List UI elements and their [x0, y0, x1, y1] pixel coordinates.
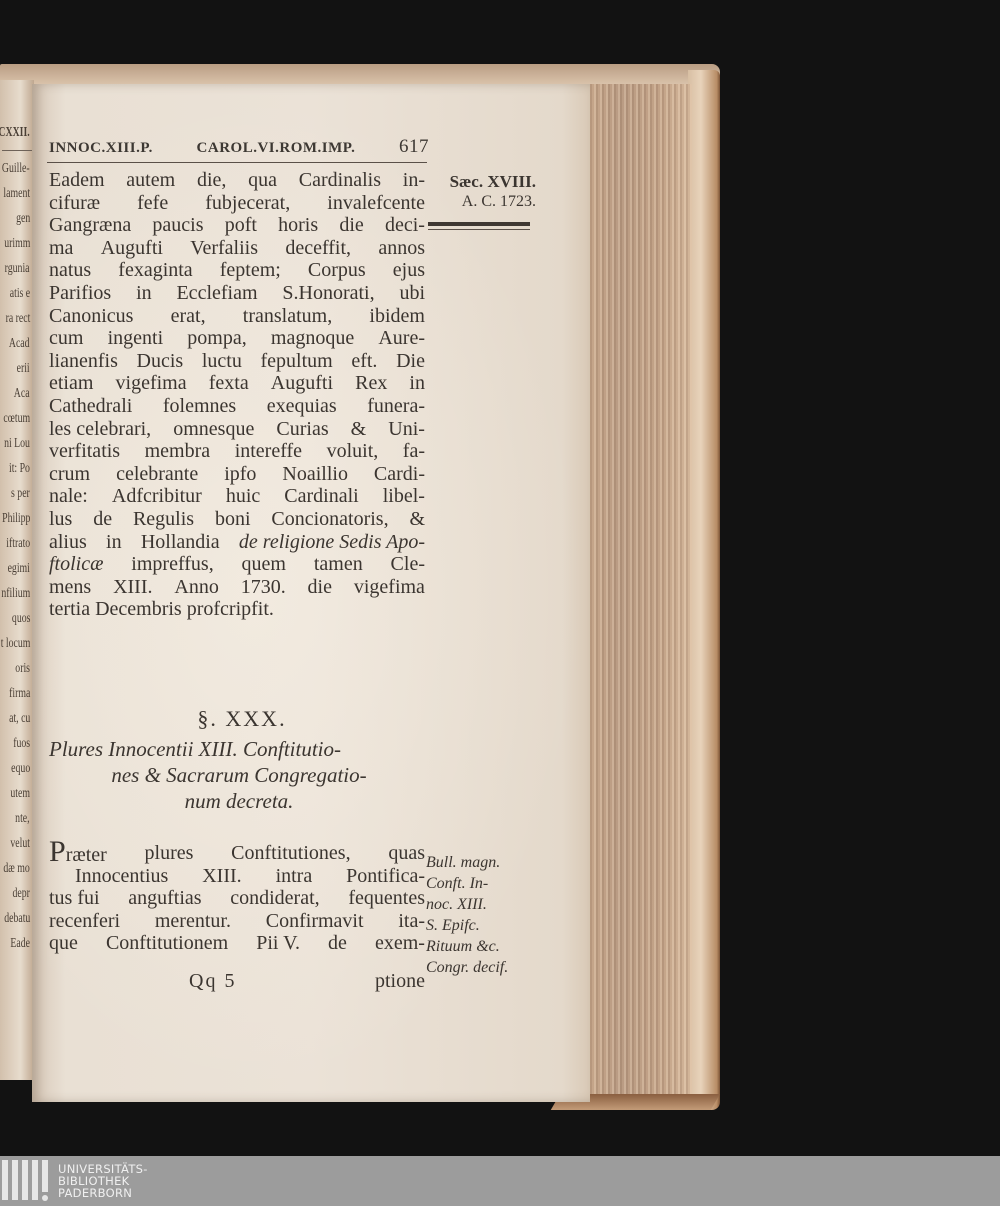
text-line: InnocentiusXIII.intraPontifica-	[49, 865, 425, 888]
word: que	[49, 932, 78, 955]
margin-rule-thick	[428, 222, 530, 226]
word: Hollandia	[141, 531, 220, 554]
word: ma	[49, 237, 73, 260]
prev-page-line: Philipp	[2, 512, 30, 526]
word: libel-	[383, 485, 425, 508]
word: Conftitutionem	[106, 932, 228, 955]
word: de	[328, 932, 347, 955]
word: Pii V.	[256, 932, 300, 955]
prev-page-line: it: Po	[9, 462, 30, 476]
word: Ducis	[137, 350, 184, 373]
word: Conftitutiones,	[231, 842, 350, 865]
word: Canonicus	[49, 305, 133, 328]
word: qua	[248, 169, 277, 192]
book-cover-top-edge	[0, 64, 720, 84]
word: fepultum	[260, 350, 332, 373]
prev-page-line: debatu	[4, 912, 30, 926]
text-line: lianenfisDucisluctufepultumeft.Die	[49, 350, 425, 373]
word: eft.	[351, 350, 377, 373]
prev-page-line: rgunia	[5, 262, 30, 276]
word: quas	[388, 842, 425, 865]
word: &	[351, 418, 367, 441]
word: etiam	[49, 372, 93, 395]
word: anguftias	[128, 887, 201, 910]
word: natus	[49, 259, 91, 282]
word: Adfcribitur	[112, 485, 202, 508]
prev-page-line: velut	[10, 837, 30, 851]
word: Gangræna	[49, 214, 131, 237]
word: Confirmavit	[266, 910, 364, 933]
prev-page-line: Guille-	[2, 162, 30, 176]
word: Augufti	[271, 372, 333, 395]
margin-note-line: Congr. decif.	[426, 957, 536, 978]
margin-note-century: Sæc. XVIII.	[426, 172, 536, 192]
word: pompa,	[187, 327, 246, 350]
prev-page-line: nte,	[16, 812, 30, 826]
word: feptem;	[220, 259, 281, 282]
word: condiderat,	[230, 887, 319, 910]
word: tamen	[314, 553, 363, 576]
prev-page-line: quos	[11, 612, 30, 626]
margin-note-year: A. C. 1723.	[426, 192, 536, 212]
word: plures	[145, 842, 194, 865]
word: autem	[126, 169, 175, 192]
word: Aure-	[378, 327, 425, 350]
section-title-line-2: nes & Sacrarum Congregatio-	[49, 762, 429, 788]
prev-page-line: t locum	[0, 637, 30, 651]
word: Concionatoris,	[271, 508, 388, 531]
word: Pontifica-	[346, 865, 425, 888]
prev-page-line: equo	[11, 762, 30, 776]
margin-note-sources: Bull. magn.Conft. In-noc. XIII.S. Epifc.…	[426, 852, 536, 978]
text-line: tertia Decembris profcripfit.	[49, 598, 425, 621]
word: tertia Decembris profcripfit.	[49, 598, 274, 621]
word: die,	[197, 169, 226, 192]
text-line: Gangrænapaucispofthorisdiedeci-	[49, 214, 425, 237]
prev-page-line: utem	[10, 787, 30, 801]
prev-page-line: ra rect	[5, 312, 30, 326]
text-line: queConftitutionemPii V.deexem-	[49, 932, 425, 955]
word: fa-	[403, 440, 425, 463]
word: in-	[403, 169, 425, 192]
word: Cardinalis	[299, 169, 381, 192]
word: 1730.	[241, 576, 286, 599]
text-line: tus fuianguftiascondiderat,fequentes	[49, 887, 425, 910]
prev-page-line: s per	[11, 487, 30, 501]
word: recenferi	[49, 910, 120, 933]
word: cum	[49, 327, 83, 350]
word: fefe	[137, 192, 168, 215]
word: &	[409, 508, 425, 531]
word: quem	[242, 553, 286, 576]
word: Præter	[49, 842, 107, 865]
text-line: lusdeRegulisboniConcionatoris,&	[49, 508, 425, 531]
word: erat,	[171, 305, 206, 328]
word: Ecclefiam	[176, 282, 257, 305]
text-line: maAuguftiVerfaliisdeceffit,annos	[49, 237, 425, 260]
library-footer-bar: UNIVERSITÄTS- BIBLIOTHEK PADERBORN	[0, 1156, 1000, 1206]
prev-page-line: urimm	[4, 237, 30, 251]
prev-page-line: Acad	[9, 337, 30, 351]
word: Anno	[174, 576, 218, 599]
word: Parifios	[49, 282, 111, 305]
word: ubi	[399, 282, 425, 305]
word: translatum,	[243, 305, 332, 328]
section-title-line-1: Plures Innocentii XIII. Conftitutio-	[49, 736, 429, 762]
word: paucis	[152, 214, 203, 237]
section-number: §. XXX.	[32, 706, 452, 732]
word: Cathedrali	[49, 395, 132, 418]
prev-page-line: oris	[15, 662, 30, 676]
prev-page-line: iftrato	[6, 537, 30, 551]
word: folemnes	[163, 395, 236, 418]
word: fexaginta	[118, 259, 192, 282]
prev-page-line: dæ mo	[4, 862, 30, 876]
word: boni	[215, 508, 251, 531]
word: in	[409, 372, 425, 395]
word: fubjecerat,	[205, 192, 290, 215]
word: deceffit,	[285, 237, 351, 260]
word: Innocentius	[75, 865, 168, 888]
paragraph-2: PræterpluresConftitutiones,quasInnocenti…	[49, 842, 425, 955]
prev-page-line: depr	[13, 887, 30, 901]
text-line: cumingentipompa,magnoqueAure-	[49, 327, 425, 350]
page-number: 617	[399, 136, 429, 158]
prev-page-line: atis e	[10, 287, 30, 301]
word: Eadem	[49, 169, 105, 192]
text-line: verfitatismembraintereffevoluit,fa-	[49, 440, 425, 463]
word: Corpus	[308, 259, 366, 282]
text-line: les celebrari,omnesqueCurias&Uni-	[49, 418, 425, 441]
page-footer-line: Qq 5 ptione	[49, 970, 425, 993]
section-title-line-3: num decreta.	[49, 788, 429, 814]
word: horis	[278, 214, 318, 237]
text-line: cifuræfefefubjecerat,invalefcente	[49, 192, 425, 215]
text-line: Eademautemdie,quaCardinalisin-	[49, 169, 425, 192]
margin-note-line: Bull. magn.	[426, 852, 536, 873]
word: de religione Sedis Apo-	[239, 531, 425, 554]
prev-page-line: Eade	[10, 937, 30, 951]
paragraph-1: Eademautemdie,quaCardinalisin-cifuræfefe…	[49, 169, 425, 621]
word: lianenfis	[49, 350, 118, 373]
word: magnoque	[271, 327, 354, 350]
word: nale:	[49, 485, 88, 508]
prev-page-header: CXXII.	[0, 126, 30, 140]
word: in	[136, 282, 152, 305]
word: intereffe	[235, 440, 302, 463]
word: ingenti	[108, 327, 164, 350]
word: cifuræ	[49, 192, 100, 215]
word: Verfaliis	[190, 237, 258, 260]
prev-page-line: gen	[16, 212, 30, 226]
margin-note-line: Rituum &c.	[426, 936, 536, 957]
word: les celebrari,	[49, 418, 151, 441]
margin-rule-thin	[428, 229, 530, 230]
word: mens	[49, 576, 91, 599]
word: exem-	[375, 932, 425, 955]
drop-cap: P	[49, 835, 66, 868]
margin-note-line: noc. XIII.	[426, 894, 536, 915]
word: funera-	[367, 395, 425, 418]
word: in	[106, 531, 122, 554]
word: vigefima	[354, 576, 425, 599]
running-head: INNOC.XIII.P. CAROL.VI.ROM.IMP. 617	[49, 136, 429, 158]
prev-page-line: lament	[3, 187, 30, 201]
library-logo-text: UNIVERSITÄTS- BIBLIOTHEK PADERBORN	[58, 1163, 148, 1199]
word: voluit,	[327, 440, 379, 463]
page-block-fore-edge	[588, 84, 692, 1102]
word: Regulis	[133, 508, 194, 531]
margin-note-line: S. Epifc.	[426, 915, 536, 936]
prev-page-line: egimi	[8, 562, 30, 576]
word: Cardinali	[284, 485, 358, 508]
head-rule	[47, 162, 427, 163]
section-title: Plures Innocentii XIII. Conftitutio- nes…	[49, 736, 429, 814]
word: XIII.	[202, 865, 241, 888]
word: ita-	[398, 910, 425, 933]
library-logo-icon	[2, 1160, 48, 1202]
word: poft	[225, 214, 257, 237]
word: exequias	[267, 395, 337, 418]
word: merentur.	[155, 910, 231, 933]
text-line: crumcelebranteipfoNoaillioCardi-	[49, 463, 425, 486]
word: ibidem	[369, 305, 425, 328]
text-line: PræterpluresConftitutiones,quas	[49, 842, 425, 865]
prev-page-line: fuos	[13, 737, 30, 751]
word: Augufti	[101, 237, 163, 260]
running-head-left: INNOC.XIII.P.	[49, 140, 153, 157]
logo-line-3: PADERBORN	[58, 1187, 148, 1199]
prev-page-rule	[2, 150, 32, 151]
word: membra	[145, 440, 211, 463]
book-page: INNOC.XIII.P. CAROL.VI.ROM.IMP. 617 Sæc.…	[32, 84, 590, 1102]
catchword: ptione	[375, 970, 425, 993]
prev-page-line: erii	[17, 362, 30, 376]
word: vigefima	[116, 372, 187, 395]
word: Rex	[355, 372, 387, 395]
text-line: Canonicuserat,translatum,ibidem	[49, 305, 425, 328]
word: Die	[396, 350, 425, 373]
prev-page-line: at, cu	[9, 712, 30, 726]
word: Noaillio	[282, 463, 348, 486]
text-line: Cathedralifolemnesexequiasfunera-	[49, 395, 425, 418]
word: intra	[276, 865, 313, 888]
margin-note-line: Conft. In-	[426, 873, 536, 894]
word: verfitatis	[49, 440, 120, 463]
word: lus	[49, 508, 72, 531]
running-head-center: CAROL.VI.ROM.IMP.	[197, 140, 356, 157]
word: fequentes	[348, 887, 425, 910]
word: tus fui	[49, 887, 100, 910]
word: annos	[378, 237, 425, 260]
text-line: recenferimerentur.Confirmavitita-	[49, 910, 425, 933]
word: XIII.	[113, 576, 152, 599]
scan-background: CXXII. Guille-lamentgen urimmrguniaatis …	[0, 0, 1000, 1156]
signature-mark: Qq 5	[49, 970, 236, 993]
prev-page-line: cœtum	[3, 412, 30, 426]
word: luctu	[202, 350, 242, 373]
word: S.Honorati,	[282, 282, 374, 305]
word: crum	[49, 463, 90, 486]
prev-page-line: firma	[9, 687, 30, 701]
text-line: aliusinHollandiade religione Sedis Apo-	[49, 531, 425, 554]
prev-page-line: ni Lou	[4, 437, 30, 451]
word: fexta	[209, 372, 249, 395]
text-line: ftolicæimpreffus,quemtamenCle-	[49, 553, 425, 576]
word: ejus	[393, 259, 425, 282]
word: invalefcente	[327, 192, 425, 215]
text-line: nale:AdfcribiturhuicCardinalilibel-	[49, 485, 425, 508]
prev-page-line: Aca	[14, 387, 30, 401]
word: ftolicæ	[49, 553, 103, 576]
word: die	[339, 214, 363, 237]
word: Curias	[276, 418, 328, 441]
prev-page-line: nfilium	[1, 587, 30, 601]
text-line: mensXIII.Anno1730.dievigefima	[49, 576, 425, 599]
book-cover-right-edge	[688, 70, 720, 1110]
previous-page-margin: CXXII. Guille-lamentgen urimmrguniaatis …	[0, 80, 34, 1080]
word: die	[308, 576, 332, 599]
word: celebrante	[116, 463, 198, 486]
word: huic	[226, 485, 260, 508]
word: Uni-	[388, 418, 425, 441]
word: impreffus,	[131, 553, 213, 576]
word: Cardi-	[374, 463, 425, 486]
word: ipfo	[224, 463, 256, 486]
text-line: etiamvigefimafextaAuguftiRexin	[49, 372, 425, 395]
text-line: ParifiosinEcclefiamS.Honorati,ubi	[49, 282, 425, 305]
word: Cle-	[391, 553, 425, 576]
word: omnesque	[173, 418, 254, 441]
word: de	[93, 508, 112, 531]
text-line: natusfexagintafeptem;Corpusejus	[49, 259, 425, 282]
word: deci-	[385, 214, 425, 237]
margin-note-date: Sæc. XVIII. A. C. 1723.	[426, 172, 536, 212]
word: alius	[49, 531, 87, 554]
